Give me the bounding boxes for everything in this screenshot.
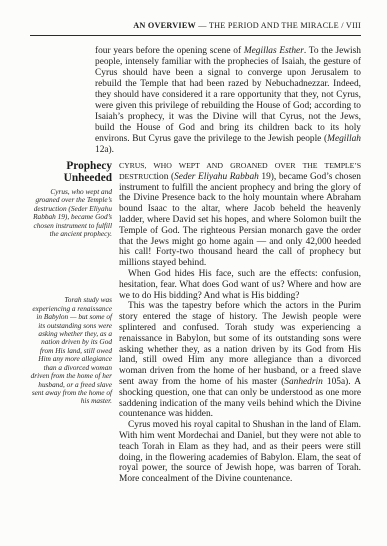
text-segment: 12a). [95, 145, 114, 155]
text-segment: 19), became God’s chosen instrument to f… [119, 172, 361, 268]
body-paragraph-2: When God hides His face, such are the ef… [119, 269, 361, 301]
text-segment: four years before the opening scene of [95, 46, 244, 56]
text-segment: This was the tapestry before which the a… [119, 301, 361, 387]
margin-note-1: Cyrus, who wept and groaned over the Tem… [30, 188, 112, 238]
text-segment: . To the Jewish people, intensely famili… [95, 46, 361, 144]
text-segment: When God hides His face, such are the ef… [119, 269, 361, 301]
body-paragraph-3: This was the tapestry before which the a… [119, 301, 361, 420]
intro-paragraph: four years before the opening scene of M… [95, 46, 361, 156]
body-paragraph-1: CYRUS, WHO WEPT AND GROANED OVER THE TEM… [119, 161, 361, 269]
margin-note-2: Torah study was experiencing a renaissan… [30, 296, 112, 405]
text-segment: Megillas Esther [244, 46, 304, 56]
body-paragraph-4: Cyrus moved his royal capital to Shushan… [119, 420, 361, 485]
section-heading-line1: Prophecy [30, 161, 112, 173]
text-segment: Seder Eliyahu Rabbah [174, 172, 259, 182]
header-subtitle: — THE PERIOD AND THE MIRACLE / VIII [196, 21, 361, 30]
main-text-column: CYRUS, WHO WEPT AND GROANED OVER THE TEM… [119, 161, 361, 485]
book-page: AN OVERVIEW — THE PERIOD AND THE MIRACLE… [0, 0, 387, 546]
section-heading: Prophecy Unheeded [30, 161, 112, 184]
text-segment: Megillah [327, 134, 361, 144]
text-segment: tion ( [154, 172, 174, 182]
text-segment: Sanhedrin [284, 377, 323, 387]
header-title: AN OVERVIEW [133, 21, 196, 30]
margin-column: Prophecy Unheeded Cyrus, who wept and gr… [30, 161, 112, 485]
section-heading-line2: Unheeded [30, 173, 112, 185]
page-header: AN OVERVIEW — THE PERIOD AND THE MIRACLE… [30, 21, 361, 36]
section-prophecy-unheeded: Prophecy Unheeded Cyrus, who wept and gr… [30, 161, 361, 485]
text-segment: Cyrus moved his royal capital to Shushan… [119, 420, 361, 484]
